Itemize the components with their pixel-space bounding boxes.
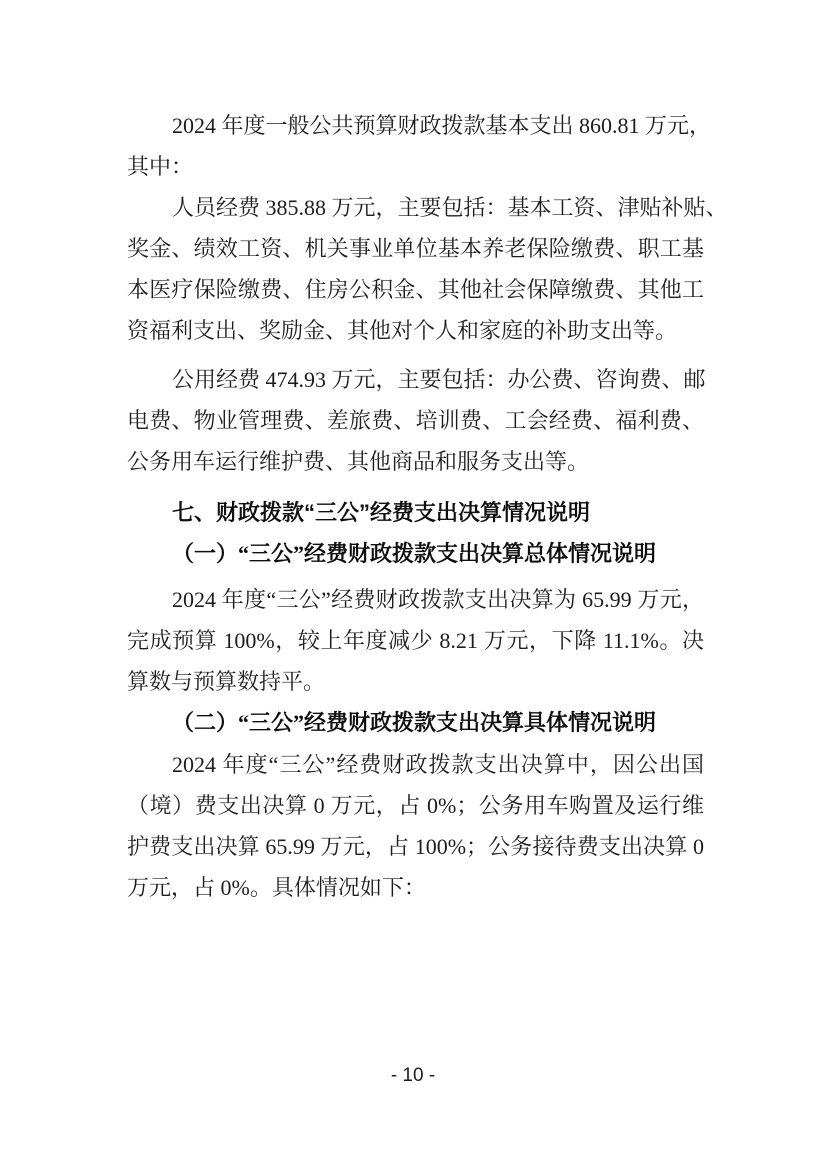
page-number: - 10 - bbox=[0, 1064, 826, 1088]
subheading-overall-situation: （一）“三公”经费财政拨款支出决算总体情况说明 bbox=[127, 533, 704, 574]
section-heading-three-public-funds: 七、财政拨款“三公”经费支出决算情况说明 bbox=[127, 492, 704, 533]
paragraph-basic-expenditure: 2024 年度一般公共预算财政拨款基本支出 860.81 万元， 其中： bbox=[127, 105, 704, 187]
paragraph-overall-situation: 2024 年度“三公”经费财政拨款支出决算为 65.99 万元， 完成预算 10… bbox=[127, 579, 704, 702]
paragraph-line: 2024 年度一般公共预算财政拨款基本支出 860.81 万元， bbox=[127, 105, 704, 146]
paragraph-line: 其中： bbox=[127, 146, 704, 187]
paragraph-line: 公用经费 474.93 万元，主要包括：办公费、咨询费、邮 bbox=[127, 359, 704, 400]
paragraph-line: 公务用车运行维护费、其他商品和服务支出等。 bbox=[127, 441, 704, 482]
paragraph-line: 电费、物业管理费、差旅费、培训费、工会经费、福利费、 bbox=[127, 400, 704, 441]
paragraph-line: 2024 年度“三公”经费财政拨款支出决算中，因公出国 bbox=[127, 744, 704, 785]
paragraph-line: 完成预算 100%，较上年度减少 8.21 万元，下降 11.1%。决 bbox=[127, 620, 704, 661]
paragraph-line: 资福利支出、奖励金、其他对个人和家庭的补助支出等。 bbox=[127, 310, 704, 351]
paragraph-public-funds: 公用经费 474.93 万元，主要包括：办公费、咨询费、邮 电费、物业管理费、差… bbox=[127, 359, 704, 482]
paragraph-personnel-funds: 人员经费 385.88 万元，主要包括：基本工资、津贴补贴、 奖金、绩效工资、机… bbox=[127, 187, 704, 351]
paragraph-line: 算数与预算数持平。 bbox=[127, 661, 704, 702]
document-body: 2024 年度一般公共预算财政拨款基本支出 860.81 万元， 其中： 人员经… bbox=[127, 105, 704, 908]
paragraph-line: 2024 年度“三公”经费财政拨款支出决算为 65.99 万元， bbox=[127, 579, 704, 620]
paragraph-line: 万元，占 0%。具体情况如下： bbox=[127, 867, 704, 908]
paragraph-line: （境）费支出决算 0 万元，占 0%；公务用车购置及运行维 bbox=[127, 785, 704, 826]
paragraph-specific-situation: 2024 年度“三公”经费财政拨款支出决算中，因公出国 （境）费支出决算 0 万… bbox=[127, 744, 704, 908]
paragraph-line: 护费支出决算 65.99 万元，占 100%；公务接待费支出决算 0 bbox=[127, 826, 704, 867]
document-page: 2024 年度一般公共预算财政拨款基本支出 860.81 万元， 其中： 人员经… bbox=[0, 0, 826, 1169]
paragraph-line: 本医疗保险缴费、住房公积金、其他社会保障缴费、其他工 bbox=[127, 269, 704, 310]
paragraph-line: 人员经费 385.88 万元，主要包括：基本工资、津贴补贴、 bbox=[127, 187, 704, 228]
subheading-specific-situation: （二）“三公”经费财政拨款支出决算具体情况说明 bbox=[127, 702, 704, 743]
paragraph-line: 奖金、绩效工资、机关事业单位基本养老保险缴费、职工基 bbox=[127, 228, 704, 269]
